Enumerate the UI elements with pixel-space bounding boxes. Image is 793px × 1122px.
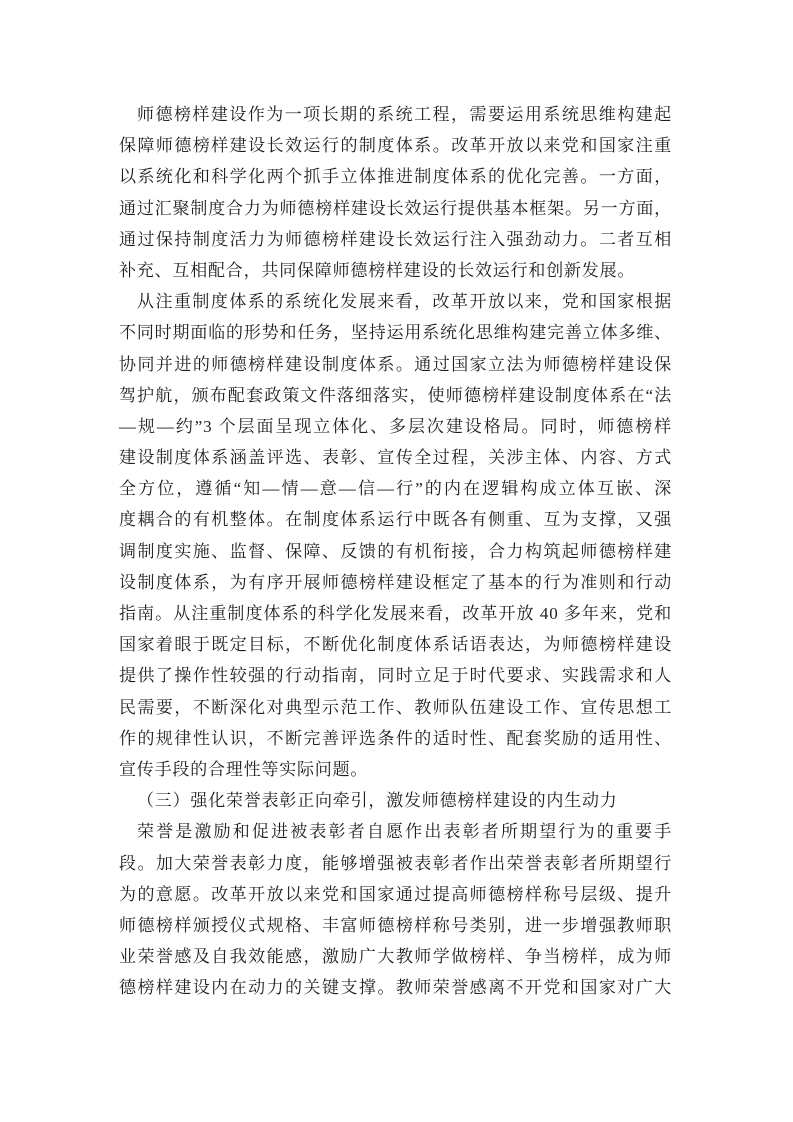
text-line: 通过汇聚制度合力为师德榜样建设长效运行提供基本框架。另一方面， — [119, 193, 672, 224]
text-line: 国家着眼于既定目标，不断优化制度体系话语表达，为师德榜样建设 — [119, 629, 672, 660]
text-line: —规—约”3 个层面呈现立体化、多层次建设格局。同时，师德榜样 — [119, 411, 672, 442]
text-line: 师德榜样建设作为一项长期的系统工程，需要运用系统思维构建起 — [119, 99, 672, 130]
text-line: 提供了操作性较强的行动指南，同时立足于时代要求、实践需求和人 — [119, 660, 672, 691]
text-line: 建设制度体系涵盖评选、表彰、宣传全过程，关涉主体、内容、方式 — [119, 442, 672, 473]
text-line: 宣传手段的合理性等实际问题。 — [119, 754, 672, 785]
text-line: 不同时期面临的形势和任务，坚持运用系统化思维构建完善立体多维、 — [119, 317, 672, 348]
text-line: 作的规律性认识，不断完善评选条件的适时性、配套奖励的适用性、 — [119, 723, 672, 754]
text-line: 调制度实施、监督、保障、反馈的有机衔接，合力构筑起师德榜样建 — [119, 536, 672, 567]
document-body: 师德榜样建设作为一项长期的系统工程，需要运用系统思维构建起保障师德榜样建设长效运… — [119, 99, 672, 1003]
text-line: 以系统化和科学化两个抓手立体推进制度体系的优化完善。一方面， — [119, 161, 672, 192]
text-line: 民需要，不断深化对典型示范工作、教师队伍建设工作、宣传思想工 — [119, 692, 672, 723]
text-line: 设制度体系，为有序开展师德榜样建设框定了基本的行为准则和行动 — [119, 567, 672, 598]
text-line: 通过保持制度活力为师德榜样建设长效运行注入强劲动力。二者互相 — [119, 224, 672, 255]
text-line: 指南。从注重制度体系的科学化发展来看，改革开放 40 多年来，党和 — [119, 598, 672, 629]
paragraph-3: 荣誉是激励和促进被表彰者自愿作出表彰者所期望行为的重要手段。加大荣誉表彰力度，能… — [119, 816, 672, 1003]
text-line: 全方位，遵循“知—情—意—信—行”的内在逻辑构成立体互嵌、深 — [119, 473, 672, 504]
text-line: 师德榜样颁授仪式规格、丰富师德榜样称号类别，进一步增强教师职 — [119, 910, 672, 941]
document-page: 师德榜样建设作为一项长期的系统工程，需要运用系统思维构建起保障师德榜样建设长效运… — [0, 0, 793, 1122]
text-line: 协同并进的师德榜样建设制度体系。通过国家立法为师德榜样建设保 — [119, 349, 672, 380]
text-line: 度耦合的有机整体。在制度体系运行中既各有侧重、互为支撑，又强 — [119, 504, 672, 535]
paragraph-1: 师德榜样建设作为一项长期的系统工程，需要运用系统思维构建起保障师德榜样建设长效运… — [119, 99, 672, 286]
text-line: 从注重制度体系的系统化发展来看，改革开放以来，党和国家根据 — [119, 286, 672, 317]
text-line: 补充、互相配合，共同保障师德榜样建设的长效运行和创新发展。 — [119, 255, 672, 286]
text-line: 保障师德榜样建设长效运行的制度体系。改革开放以来党和国家注重 — [119, 130, 672, 161]
text-line: 驾护航，颁布配套政策文件落细落实，使师德榜样建设制度体系在“法 — [119, 380, 672, 411]
section-heading-3: （三）强化荣誉表彰正向牵引，激发师德榜样建设的内生动力 — [119, 785, 672, 816]
text-line: 荣誉是激励和促进被表彰者自愿作出表彰者所期望行为的重要手 — [119, 816, 672, 847]
text-line: 德榜样建设内在动力的关键支撑。教师荣誉感离不开党和国家对广大 — [119, 972, 672, 1003]
text-line: 段。加大荣誉表彰力度，能够增强被表彰者作出荣誉表彰者所期望行 — [119, 848, 672, 879]
text-line: 业荣誉感及自我效能感，激励广大教师学做榜样、争当榜样，成为师 — [119, 941, 672, 972]
paragraph-2: 从注重制度体系的系统化发展来看，改革开放以来，党和国家根据不同时期面临的形势和任… — [119, 286, 672, 785]
text-line: 为的意愿。改革开放以来党和国家通过提高师德榜样称号层级、提升 — [119, 879, 672, 910]
section-heading: （三）强化荣誉表彰正向牵引，激发师德榜样建设的内生动力 — [119, 785, 672, 816]
